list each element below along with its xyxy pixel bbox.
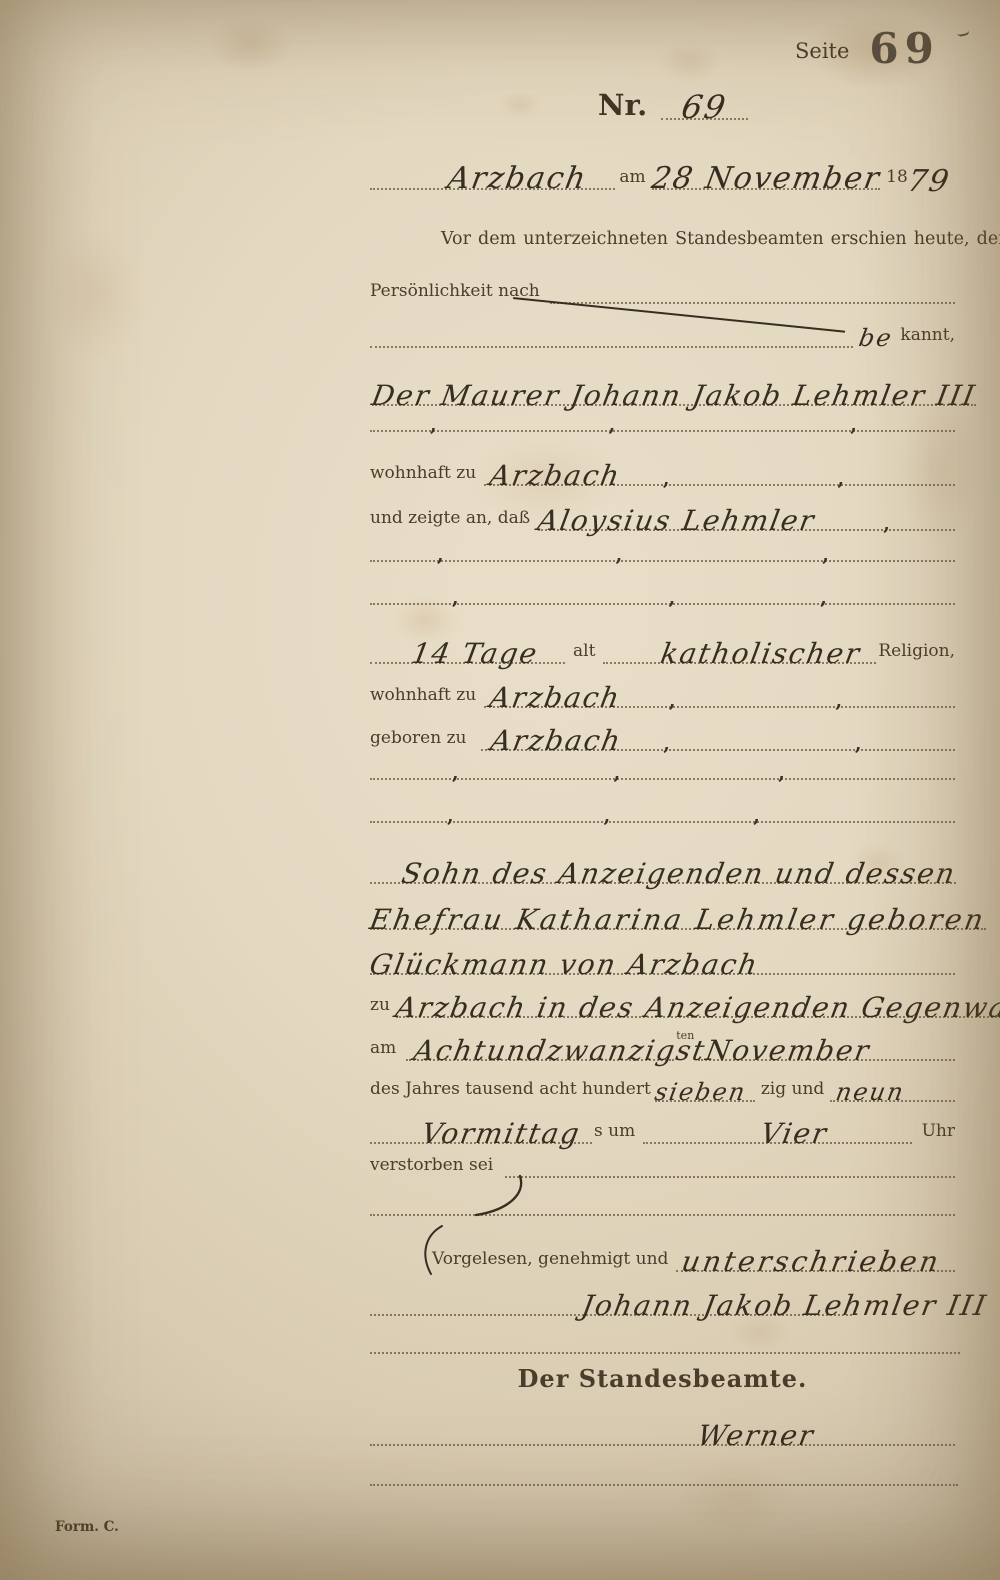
death-place-row: zu Arzbach in des Anzeigenden Gegenwart [370, 974, 955, 1018]
declarant-name: Der Maurer Johann Jakob Lehmler III [370, 383, 978, 408]
form-comma: , [820, 595, 827, 603]
death-hour: Vier [759, 1121, 830, 1146]
known-prefix-hw: be [857, 328, 894, 350]
form-comma: , [838, 476, 845, 484]
s-um-label: s um [594, 1123, 635, 1144]
report-row: und zeigte an, daß Aloysius Lehmler , [370, 487, 955, 531]
record-place: Arzbach [446, 165, 590, 192]
record-no-value: 69 [680, 93, 730, 122]
record-number-row: Nr. 69 [598, 74, 748, 120]
form-comma: , [778, 770, 785, 778]
form-label: Form. C. [55, 1520, 119, 1537]
uhr-label: Uhr [922, 1123, 955, 1144]
died-row: verstorben sei [370, 1144, 955, 1178]
deceased-name: Aloysius Lehmler [536, 508, 818, 533]
closing-row: Vorgelesen, genehmigt und unterschrieben [370, 1228, 955, 1272]
deceased-residence-row: wohnhaft zu Arzbach , , [370, 666, 955, 708]
form-comma: , [753, 813, 760, 821]
zig-und-label: zig und [761, 1081, 824, 1102]
intro-text: Vor dem unterzeichneten Standesbeamten e… [441, 230, 1000, 251]
form-comma: , [452, 770, 459, 778]
deceased-residence: Arzbach [488, 685, 623, 710]
blank-comma-row: , , , [370, 797, 955, 823]
declarant-residence: Arzbach [488, 463, 623, 488]
death-year-row: des Jahres tausend acht hundert sieben z… [370, 1060, 955, 1102]
declarant-residence-row: wohnhaft zu Arzbach , , [370, 444, 955, 486]
death-record-page: Seite 69 Nr. 69 Arzbach am 28 November 1… [0, 0, 1000, 1580]
registrar-signature: Werner [696, 1423, 817, 1448]
form-comma: , [430, 422, 437, 430]
zu-label: zu [370, 997, 390, 1018]
birthplace-row: geboren zu Arzbach , , [370, 709, 955, 751]
form-comma: , [883, 521, 890, 529]
deceased-age: 14 Tage [410, 641, 541, 666]
parentage-text-1: Sohn des Anzeigenden und dessen [400, 861, 958, 886]
known-row: be kannt, [370, 312, 955, 348]
form-comma: , [669, 595, 676, 603]
religion-label: Religion, [878, 643, 955, 664]
am-label: am [370, 1040, 396, 1061]
record-date: 28 November [649, 165, 882, 192]
blank-comma-row: , , , [370, 579, 955, 605]
death-daytime: Vormittag [420, 1121, 583, 1146]
resident-label: wohnhaft zu [370, 687, 476, 708]
pen-flourish [468, 1172, 528, 1220]
declarant-signature: Johann Jakob Lehmler III [580, 1293, 990, 1318]
blank-line [370, 1462, 958, 1486]
form-footer: Form. C. [55, 1520, 119, 1537]
page-number: 69 [869, 28, 939, 70]
known-label: kannt, [900, 327, 955, 348]
registrar-title-row: Der Standesbeamte. [370, 1366, 955, 1394]
registrar-signature-row: Werner [370, 1402, 955, 1446]
form-comma: , [855, 741, 862, 749]
parentage-line-1: Sohn des Anzeigenden und dessen [370, 838, 955, 884]
form-comma: , [604, 813, 611, 821]
declarant-name-row: Der Maurer Johann Jakob Lehmler III [372, 358, 955, 406]
form-comma: , [447, 813, 454, 821]
page-label: Seite [795, 39, 849, 63]
year-printed: 18 [886, 169, 908, 190]
form-comma: , [663, 476, 670, 484]
report-label: und zeigte an, daß [370, 510, 530, 531]
age-religion-row: 14 Tage alt katholischer Religion, [370, 620, 955, 664]
pen-flourish [418, 1224, 444, 1276]
year-handwritten: 79 [905, 168, 952, 195]
death-day-row: am Achtundzwanzigst ten November [370, 1017, 955, 1061]
age-label: alt [573, 643, 595, 664]
born-label: geboren zu [370, 730, 467, 751]
deceased-birthplace: Arzbach [488, 728, 623, 753]
form-comma: , [452, 595, 459, 603]
death-time-row: Vormittag s um Vier Uhr [370, 1100, 955, 1144]
form-comma: , [850, 422, 857, 430]
form-comma: , [616, 552, 623, 560]
form-comma: , [437, 552, 444, 560]
intro-line-1: Vor dem unterzeichneten Standesbeamten e… [441, 230, 956, 251]
date-line: Arzbach am 28 November 18 79 [370, 140, 950, 190]
identity-row: Persönlichkeit nach [370, 270, 955, 304]
registrar-title: Der Standesbeamte. [518, 1366, 808, 1394]
blank-comma-row: , , , [370, 536, 955, 562]
form-comma: , [836, 698, 843, 706]
blank-comma-row: , , , [370, 754, 955, 780]
record-no-label: Nr. [598, 91, 647, 120]
form-comma: , [669, 698, 676, 706]
resident-label: wohnhaft zu [370, 465, 476, 486]
am-label: am [619, 169, 645, 190]
identity-label: Persönlichkeit nach [370, 283, 540, 304]
form-comma: , [609, 422, 616, 430]
form-comma: , [663, 741, 670, 749]
page-number-header: Seite 69 [795, 28, 965, 70]
form-comma: , [614, 770, 621, 778]
deceased-religion: katholischer [659, 641, 863, 666]
form-comma: , [822, 552, 829, 560]
year-century-label: des Jahres tausend acht hundert [370, 1081, 651, 1102]
declarant-signature-row: Johann Jakob Lehmler III [370, 1268, 955, 1316]
blank-line [370, 1330, 960, 1354]
blank-line [370, 1192, 955, 1216]
parentage-line-3: Glückmann von Arzbach [370, 929, 955, 975]
parentage-line-2: Ehefrau Katharina Lehmler geboren [370, 884, 955, 930]
blank-comma-row: , , , [370, 406, 955, 432]
